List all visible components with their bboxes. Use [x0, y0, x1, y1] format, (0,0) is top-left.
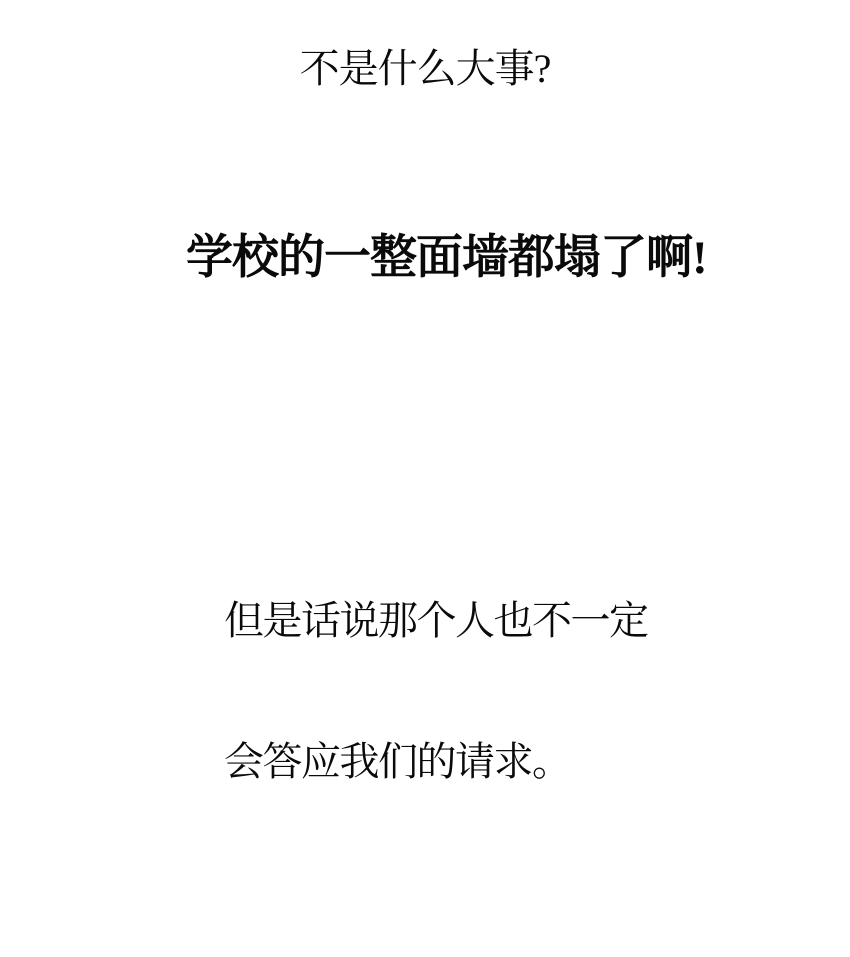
- speech-paragraph: 但是话说那个人也不一定 会答应我们的请求。: [224, 503, 648, 879]
- speech-shout-line: 学校的一整面墙都塌了啊!: [186, 230, 707, 286]
- speech-question-line: 不是什么大事?: [0, 46, 850, 92]
- speech-paragraph-line-2: 会答应我们的请求。: [224, 738, 648, 785]
- speech-paragraph-line-1: 但是话说那个人也不一定: [224, 597, 648, 644]
- comic-text-panel: 不是什么大事? 学校的一整面墙都塌了啊! 但是话说那个人也不一定 会答应我们的请…: [0, 0, 850, 957]
